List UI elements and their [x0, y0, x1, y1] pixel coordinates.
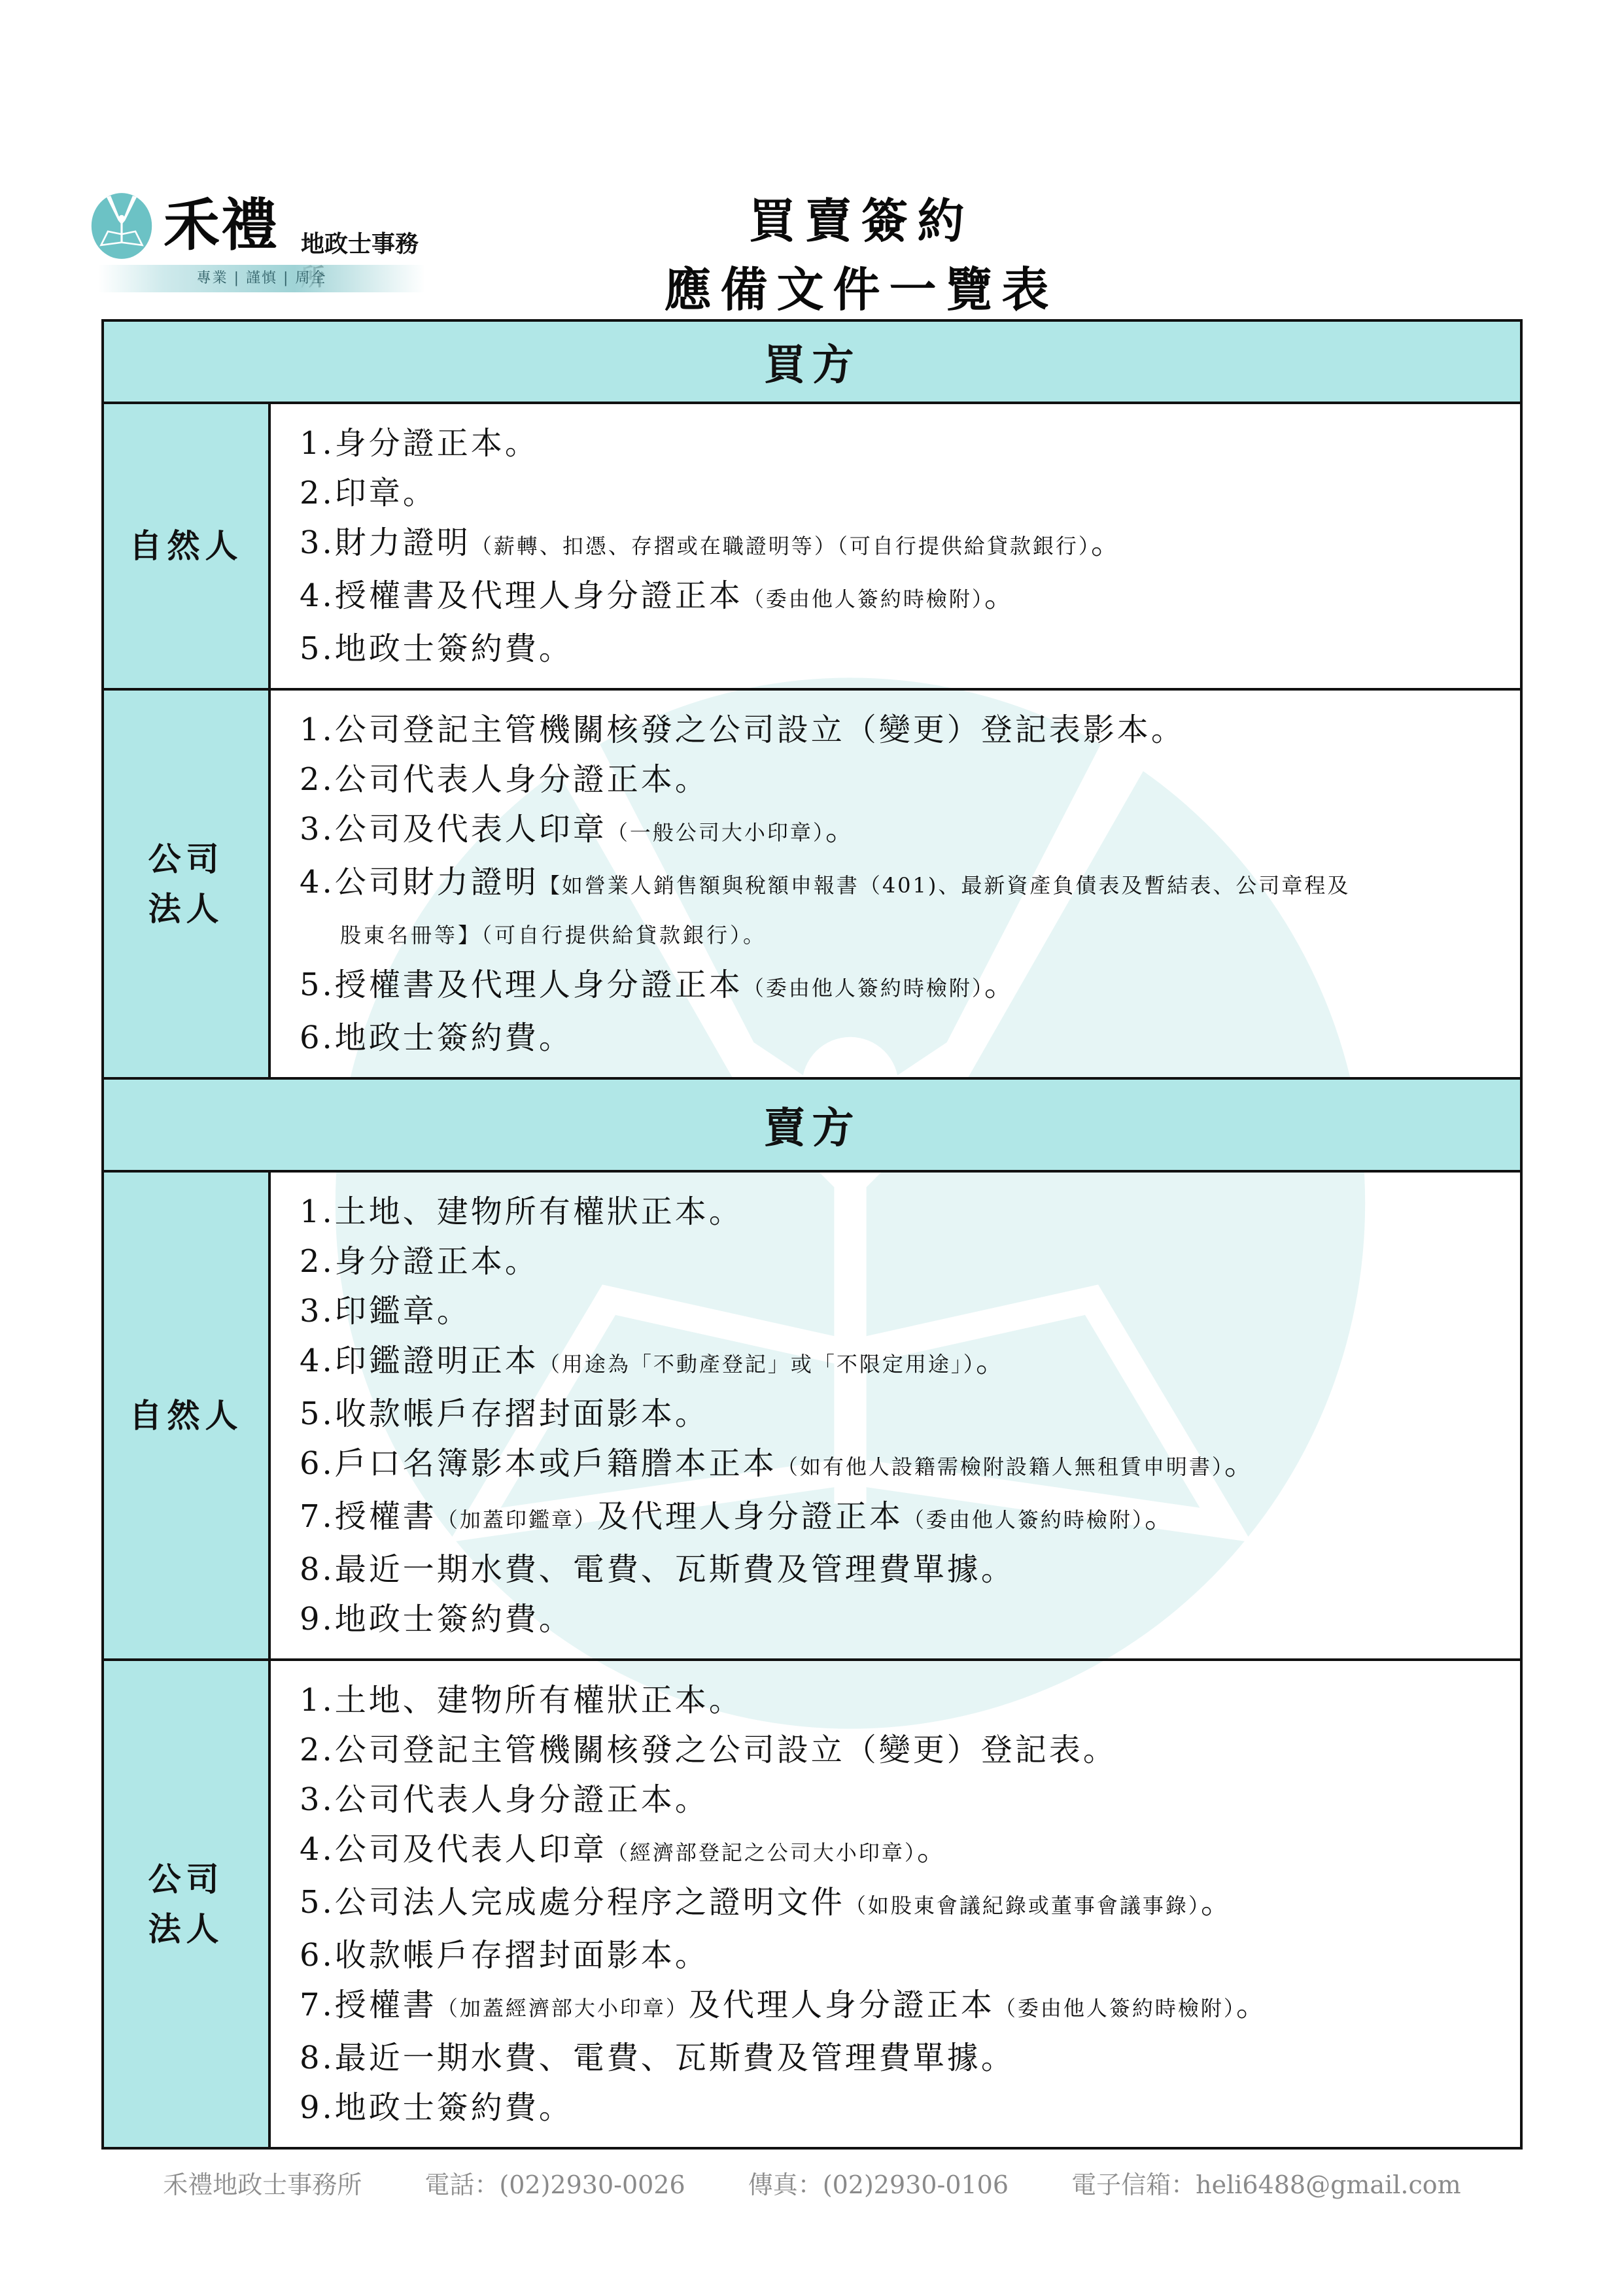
list-item: 2.印章。: [300, 468, 1520, 518]
list-item: 5.地政士簽約費。: [300, 624, 1520, 674]
list-item: 5.收款帳戶存摺封面影本。: [300, 1389, 1520, 1439]
footer-phone: 電話：(02)2930-0026: [424, 2170, 685, 2199]
list-item: 7.授權書（加蓋經濟部大小印章）及代理人身分證正本（委由他人簽約時檢附）。: [300, 1980, 1520, 2033]
group-items-seller-corporate: 1.土地、建物所有權狀正本。 2.公司登記主管機關核發之公司設立（變更）登記表。…: [269, 1660, 1521, 2148]
page-title-line1: 買賣簽約: [0, 183, 1624, 251]
list-item: 9.地政士簽約費。: [300, 1594, 1520, 1644]
group-label-seller-corporate: 公司 法人: [103, 1660, 269, 2148]
page-title-line2: 應備文件一覽表: [0, 252, 1624, 320]
documents-table: 買方 自然人 1.身分證正本。 2.印章。 3.財力證明（薪轉、扣憑、存摺或在職…: [101, 319, 1523, 2150]
list-item: 5.公司法人完成處分程序之證明文件（如股東會議紀錄或董事會議事錄）。: [300, 1877, 1520, 1930]
list-item: 6.戶口名簿影本或戶籍謄本正本（如有他人設籍需檢附設籍人無租賃申明書）。: [300, 1439, 1520, 1492]
list-item: 8.最近一期水費、電費、瓦斯費及管理費單據。: [300, 1545, 1520, 1594]
list-item: 7.授權書（加蓋印鑑章）及代理人身分證正本（委由他人簽約時檢附）。: [300, 1492, 1520, 1545]
list-item: 2.身分證正本。: [300, 1237, 1520, 1286]
list-item: 5.授權書及代理人身分證正本（委由他人簽約時檢附）。: [300, 960, 1520, 1013]
list-item: 4.公司財力證明【如營業人銷售額與稅額申報書（401)、最新資產負債表及暫結表、…: [300, 857, 1520, 960]
list-item: 1.土地、建物所有權狀正本。: [300, 1187, 1520, 1237]
list-item: 1.土地、建物所有權狀正本。: [300, 1675, 1520, 1725]
list-item: 1.身分證正本。: [300, 419, 1520, 468]
group-items-buyer-corporate: 1.公司登記主管機關核發之公司設立（變更）登記表影本。 2.公司代表人身分證正本…: [269, 689, 1521, 1078]
footer-fax: 傳真：(02)2930-0106: [748, 2170, 1009, 2199]
footer-email[interactable]: 電子信箱：heli6488@gmail.com: [1071, 2170, 1461, 2199]
group-label-buyer-corporate: 公司 法人: [103, 689, 269, 1078]
list-item: 4.授權書及代理人身分證正本（委由他人簽約時檢附）。: [300, 571, 1520, 624]
list-item: 4.公司及代表人印章（經濟部登記之公司大小印章）。: [300, 1825, 1520, 1877]
list-item: 2.公司代表人身分證正本。: [300, 755, 1520, 804]
section-heading-seller: 賣方: [103, 1078, 1521, 1171]
list-item: 9.地政士簽約費。: [300, 2083, 1520, 2133]
list-item: 2.公司登記主管機關核發之公司設立（變更）登記表。: [300, 1725, 1520, 1775]
list-item: 3.公司及代表人印章（一般公司大小印章）。: [300, 804, 1520, 857]
list-item: 3.印鑑章。: [300, 1286, 1520, 1336]
list-item: 3.財力證明（薪轉、扣憑、存摺或在職證明等）（可自行提供給貸款銀行）。: [300, 518, 1520, 571]
page-footer: 禾禮地政士事務所 電話：(02)2930-0026 傳真：(02)2930-01…: [0, 2165, 1624, 2201]
section-heading-buyer: 買方: [103, 320, 1521, 403]
group-items-seller-natural: 1.土地、建物所有權狀正本。 2.身分證正本。 3.印鑑章。 4.印鑑證明正本（…: [269, 1171, 1521, 1660]
list-item: 6.收款帳戶存摺封面影本。: [300, 1930, 1520, 1980]
list-item: 6.地政士簽約費。: [300, 1013, 1520, 1063]
list-item: 8.最近一期水費、電費、瓦斯費及管理費單據。: [300, 2033, 1520, 2083]
list-item: 3.公司代表人身分證正本。: [300, 1775, 1520, 1825]
group-items-buyer-natural: 1.身分證正本。 2.印章。 3.財力證明（薪轉、扣憑、存摺或在職證明等）（可自…: [269, 403, 1521, 689]
group-label-buyer-natural: 自然人: [103, 403, 269, 689]
list-item: 1.公司登記主管機關核發之公司設立（變更）登記表影本。: [300, 705, 1520, 755]
footer-office: 禾禮地政士事務所: [163, 2170, 362, 2199]
group-label-seller-natural: 自然人: [103, 1171, 269, 1660]
list-item: 4.印鑑證明正本（用途為「不動產登記」或「不限定用途」）。: [300, 1336, 1520, 1389]
